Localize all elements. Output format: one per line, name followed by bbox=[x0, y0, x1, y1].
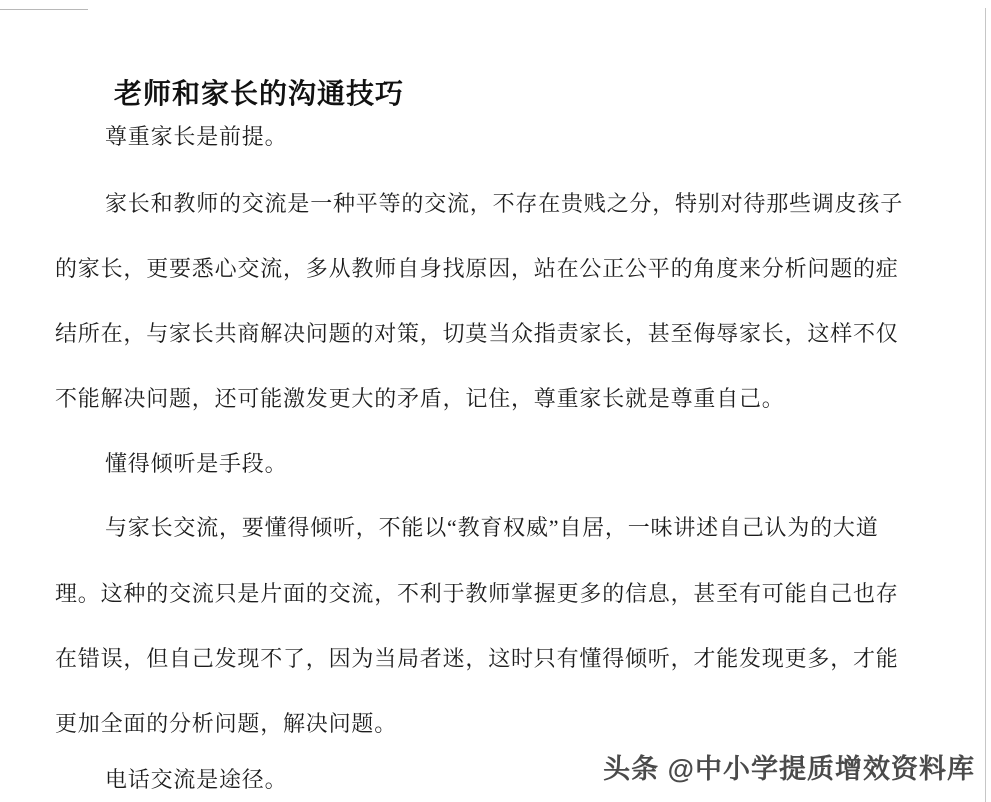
body-line: 的家长，更要悉心交流，多从教师自身找原因，站在公正公平的角度来分析问题的症 bbox=[55, 252, 899, 283]
body-line: 更加全面的分析问题，解决问题。 bbox=[55, 707, 397, 738]
body-line: 尊重家长是前提。 bbox=[105, 120, 287, 151]
body-line: 理。这种的交流只是片面的交流，不利于教师掌握更多的信息，甚至有可能自己也存 bbox=[55, 577, 899, 608]
watermark-label: 头条 @中小学提质增效资料库 bbox=[603, 747, 975, 786]
body-line: 家长和教师的交流是一种平等的交流，不存在贵贱之分，特别对待那些调皮孩子 bbox=[105, 187, 903, 218]
body-line: 不能解决问题，还可能激发更大的矛盾，记住，尊重家长就是尊重自己。 bbox=[55, 382, 785, 413]
body-line: 与家长交流，要懂得倾听，不能以“教育权威”自居，一味讲述自己认为的大道 bbox=[105, 511, 879, 542]
body-line: 电话交流是途径。 bbox=[105, 763, 287, 794]
body-line: 结所在，与家长共商解决问题的对策，切莫当众指责家长，甚至侮辱家长，这样不仅 bbox=[55, 317, 899, 348]
scan-edge-line-top bbox=[0, 9, 88, 10]
scan-edge-line-right bbox=[985, 8, 986, 802]
document-page: 老师和家长的沟通技巧 尊重家长是前提。 家长和教师的交流是一种平等的交流，不存在… bbox=[0, 0, 991, 802]
body-line: 在错误，但自己发现不了，因为当局者迷，这时只有懂得倾听，才能发现更多，才能 bbox=[55, 642, 899, 673]
document-title: 老师和家长的沟通技巧 bbox=[114, 72, 404, 112]
body-line: 懂得倾听是手段。 bbox=[105, 447, 287, 478]
